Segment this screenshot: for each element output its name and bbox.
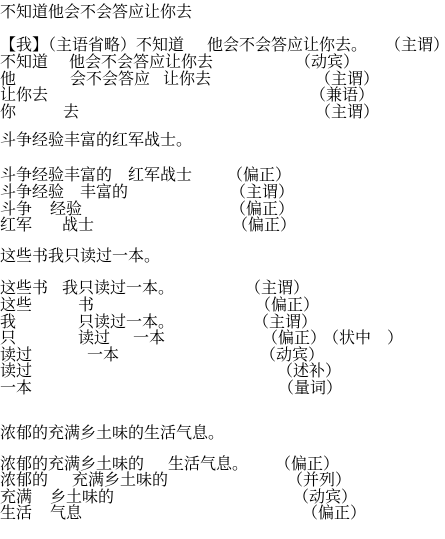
row-part: 红军 [0,216,32,233]
sentence-title: 这些书我只读过一本。 [0,247,445,264]
analysis-row: 斗争经验 丰富的 （主谓） [0,183,445,200]
row-part: 斗争经验 [0,183,64,200]
analysis-row: 这些 书 （偏正） [0,296,445,313]
analysis-row: 【我】（主语省略）不知道 他会不会答应让你去。 （主谓） [0,36,445,53]
row-part: 生活 [0,504,32,521]
row-part: 一本 [0,379,32,396]
analysis-row: 让你去 （兼语） [0,86,445,103]
sentence-text: 斗争经验丰富的红军战士。 [0,131,192,148]
row-part: 充满乡土味的 [72,471,168,488]
analysis-row: 读过 （述补） [0,362,445,379]
row-part: 他会不会答应让你去。 [207,36,367,53]
row-part: 只 [0,329,16,346]
analysis-row: 只 读过 一本 （偏正） （状中 ） [0,329,445,346]
row-label: （状中 ） [323,329,403,346]
row-part: 他会不会答应让你去 [69,53,213,70]
analysis-row: 红军 战士 （偏正） [0,216,445,233]
sentence-title: 斗争经验丰富的红军战士。 [0,131,445,148]
row-label: （偏正） [262,329,326,346]
row-label: （偏正） [302,504,366,521]
analysis-row: 生活 气息 （偏正） [0,504,445,521]
analysis-row: 浓郁的充满乡土味的 生活气息。 （偏正） [0,455,445,472]
row-part: 这些 [0,296,32,313]
row-part: 去 [63,103,79,120]
row-part: 斗争经验丰富的 [0,166,112,183]
row-part: 这些书 [0,279,48,296]
row-label: （主谓） [315,103,379,120]
analysis-row: 这些书 我只读过一本。 （主谓） [0,279,445,296]
row-part: 读过 [78,329,110,346]
row-label: （动宾） [295,53,359,70]
row-label: （述补） [277,362,341,379]
row-part: 让你去 [163,70,211,87]
analysis-row: 他 会不会答应 让你去 （主谓） [0,70,445,87]
sentence-title: 浓郁的充满乡土味的生活气息。 [0,424,445,441]
row-part: 会不会答应 [70,70,150,87]
row-part: 书 [78,296,94,313]
row-label: （兼语） [310,86,374,103]
row-label: （偏正） [227,166,291,183]
row-label: （主谓） [385,36,445,53]
row-part: 一本 [87,346,119,363]
analysis-row: 你 去 （主谓） [0,103,445,120]
row-part: 丰富的 [80,183,128,200]
row-part: 一本 [133,329,165,346]
sentence-text: 不知道他会不会答应让你去 [0,3,192,20]
row-part: 生活气息。 [168,455,248,472]
row-label: （偏正） [232,216,296,233]
row-part: 气息 [50,504,82,521]
row-part: 读过 [0,362,32,379]
analysis-row: 浓郁的 充满乡土味的 （并列） [0,471,445,488]
sentence-title: 不知道他会不会答应让你去 [0,3,445,20]
analysis-row: 读过 一本 （动宾） [0,346,445,363]
row-part: 不知道 [0,53,48,70]
row-part: 红军战士 [128,166,192,183]
row-part: 让你去 [0,86,48,103]
row-part: 你 [0,103,16,120]
row-label: （主谓） [230,183,294,200]
row-label: （偏正） [255,296,319,313]
grammar-analysis-document: 不知道他会不会答应让你去 【我】（主语省略）不知道 他会不会答应让你去。 （主谓… [0,0,445,539]
row-part: 浓郁的 [0,471,48,488]
row-label: （主谓） [245,279,309,296]
analysis-row: 斗争经验丰富的 红军战士 （偏正） [0,166,445,183]
row-label: （并列） [287,471,351,488]
analysis-row: 一本 （量词） [0,379,445,396]
sentence-text: 浓郁的充满乡土味的生活气息。 [0,424,224,441]
analysis-row: 不知道 他会不会答应让你去 （动宾） [0,53,445,70]
row-label: （量词） [278,379,342,396]
sentence-text: 这些书我只读过一本。 [0,247,160,264]
row-part: 【我】（主语省略）不知道 [0,36,184,53]
row-part: 我只读过一本。 [62,279,174,296]
row-part: 战士 [62,216,94,233]
